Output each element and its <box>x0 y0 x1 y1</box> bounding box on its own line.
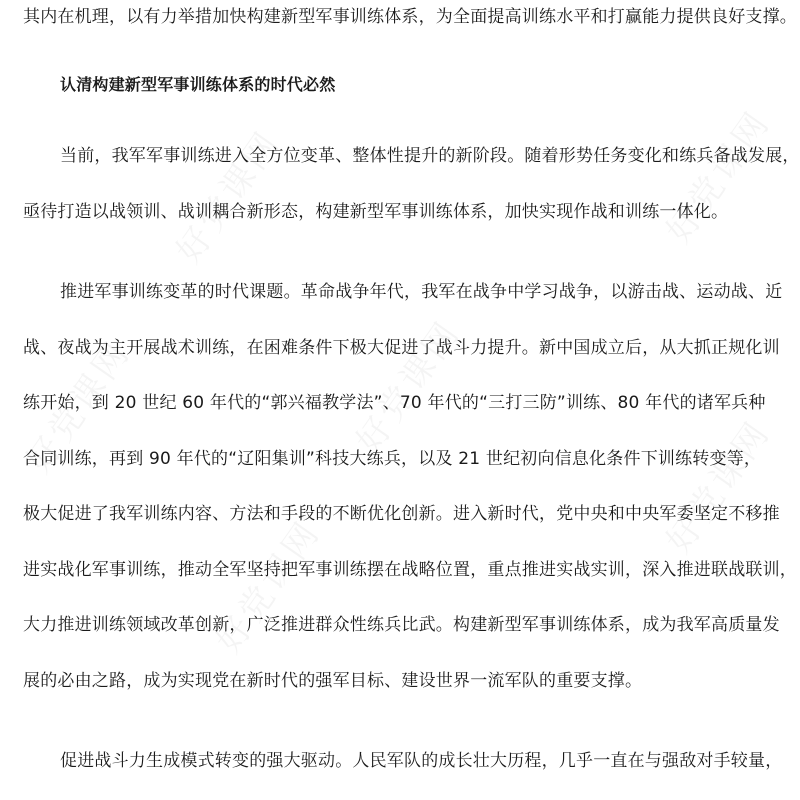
paragraph-line: 极大促进了我军训练内容、方法和手段的不断优化创新。进入新时代，党中央和中央军委坚… <box>23 503 780 525</box>
watermark: 好党课网 <box>652 98 779 251</box>
watermark: 好党课网 <box>342 308 469 461</box>
paragraph-line: 大力推进训练领域改革创新，广泛推进群众性练兵比武。构建新型军事训练体系，成为我军… <box>23 614 780 636</box>
watermark: 好党课网 <box>652 408 779 561</box>
paragraph-line: 展的必由之路，成为实现党在新时代的强军目标、建设世界一流军队的重要支撑。 <box>23 670 642 692</box>
paragraph-line: 进实战化军事训练，推动全军坚持把军事训练摆在战略位置，重点推进实战实训，深入推进… <box>23 559 797 581</box>
section-heading: 认清构建新型军事训练体系的时代必然 <box>60 74 335 96</box>
paragraph-line: 当前，我军军事训练进入全方位变革、整体性提升的新阶段。随着形势任务变化和练兵备战… <box>60 145 800 167</box>
paragraph-line: 合同训练，再到 90 年代的“辽阳集训”科技大练兵，以及 21 世纪初向信息化条… <box>23 448 761 470</box>
paragraph-line: 其内在机理，以有力举措加快构建新型军事训练体系，为全面提高训练水平和打赢能力提供… <box>23 6 797 28</box>
watermark: 好党课网 <box>162 118 289 271</box>
document-page: 好党课网 好党课网 好党课网 好党课网 好党课网 好党课网 其内在机理，以有力举… <box>0 0 800 800</box>
paragraph-line: 促进战斗力生成模式转变的强大驱动。人民军队的成长壮大历程，几乎一直在与强敌对手较… <box>60 750 782 772</box>
paragraph-line: 推进军事训练变革的时代课题。革命战争年代，我军在战争中学习战争，以游击战、运动战… <box>60 281 782 303</box>
watermark: 好党课网 <box>202 508 329 661</box>
paragraph-line: 战、夜战为主开展战术训练，在困难条件下极大促进了战斗力提升。新中国成立后，从大抓… <box>23 337 780 359</box>
paragraph-line: 练开始，到 20 世纪 60 年代的“郭兴福教学法”、70 年代的“三打三防”训… <box>23 392 766 414</box>
paragraph-line: 亟待打造以战领训、战训耦合新形态，构建新型军事训练体系，加快实现作战和训练一体化… <box>23 201 728 223</box>
